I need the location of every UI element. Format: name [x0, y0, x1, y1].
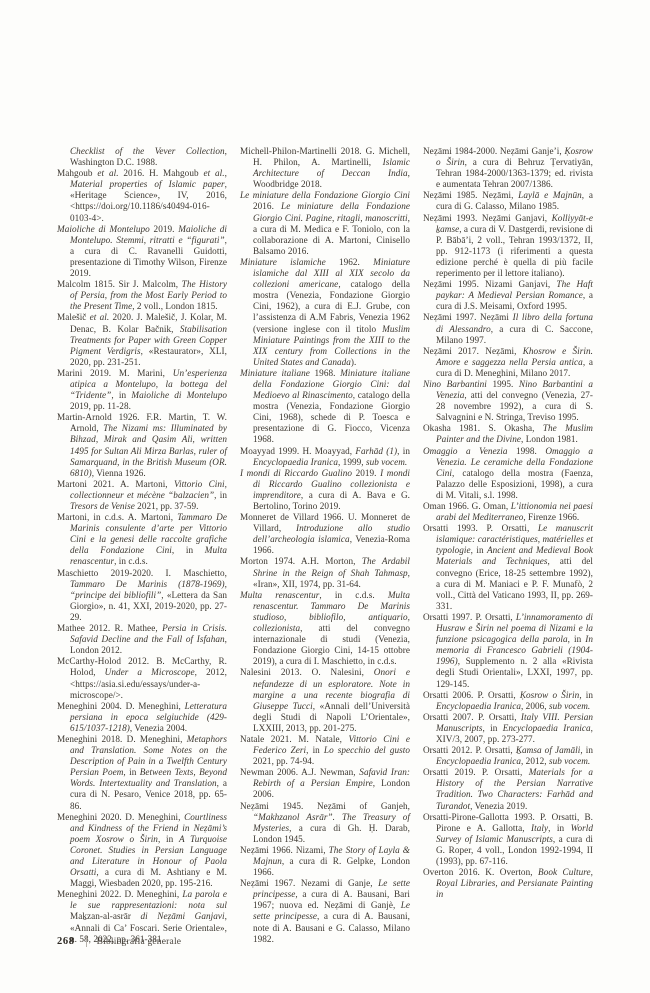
bibliography-entry: Maioliche di Montelupo 2019. Maioliche d…	[57, 224, 227, 279]
bibliography-entry: Okasha 1981. S. Okasha, The Muslim Paint…	[423, 423, 593, 445]
bibliography-entry: Orsatti 2019. P. Orsatti, Materials for …	[423, 767, 593, 811]
bibliography-entry: Orsatti-Pirone-Gallotta 1993. P. Orsatti…	[423, 812, 593, 867]
bibliography-entry: Neẓāmi 1985. Neẓāmi, Laylā e Majnūn, a c…	[423, 190, 593, 212]
bibliography-entry: Newman 2006. A.J. Newman, Safavid Iran: …	[240, 767, 410, 800]
bibliography-entry: Malešič et al. 2020. J. Malešič, J. Kola…	[57, 312, 227, 367]
bibliography-entry: Neẓāmi 1967. Nezami di Ganje, Le sette p…	[240, 878, 410, 945]
bibliography-entry: Le miniature della Fondazione Giorgio Ci…	[240, 190, 410, 257]
bibliography-entry: Checklist of the Vever Collection, Washi…	[57, 146, 227, 168]
bibliography-entry: Neẓāmi 1984-2000. Neẓāmi Ganje’i, Ḳosrow…	[423, 146, 593, 190]
bibliography-entry: Orsatti 2006. P. Orsatti, Ḳosrow o Širin…	[423, 690, 593, 712]
bibliography-entry: Orsatti 1993. P. Orsatti, Le manuscrit i…	[423, 523, 593, 612]
bibliography-entry: Oman 1966. G. Oman, L’ittionomia nei pae…	[423, 501, 593, 523]
bibliography-entry: Neẓāmi 1997. Neẓāmi Il libro della fortu…	[423, 312, 593, 345]
bibliography-entry: Natale 2021. M. Natale, Vittorio Cini e …	[240, 734, 410, 767]
bibliography-column-2: Michell-Philon-Martinelli 2018. G. Miche…	[240, 146, 410, 945]
bibliography-entry: Moayyad 1999. H. Moayyad, Farhād (1), in…	[240, 446, 410, 468]
bibliography-entry: Nalesini 2013. O. Nalesini, Onori e nefa…	[240, 667, 410, 734]
bibliography-entry: Maschietto 2019-2020. I. Maschietto, Tam…	[57, 568, 227, 623]
bibliography-entry: Malcolm 1815. Sir J. Malcolm, The Histor…	[57, 279, 227, 312]
bibliography-entry: Miniature islamiche 1962. Miniature isla…	[240, 257, 410, 368]
bibliography-entry: Orsatti 2012. P. Orsatti, Ḵamsa of Jamāl…	[423, 745, 593, 767]
bibliography-entry: Mahgoub et al. 2016. H. Mahgoub et al., …	[57, 168, 227, 223]
bibliography-entry: Neẓāmi 1945. Neẓāmi of Ganjeh, “Makhzano…	[240, 801, 410, 845]
bibliography-entry: Meneghini 2020. D. Meneghini, Courtlines…	[57, 812, 227, 890]
bibliography-entry: Mathee 2012. R. Mathee, Persia in Crisis…	[57, 623, 227, 656]
bibliography-entry: Meneghini 2004. D. Meneghini, Letteratur…	[57, 701, 227, 734]
bibliography-entry: Orsatti 1997. P. Orsatti, L’innamorament…	[423, 612, 593, 690]
bibliography-entry: Michell-Philon-Martinelli 2018. G. Miche…	[240, 146, 410, 190]
bibliography-entry: Monneret de Villard 1966. U. Monneret de…	[240, 512, 410, 556]
running-footer-title: Bibliografia generale	[97, 937, 182, 947]
bibliography-entry: Meneghini 2018. D. Meneghini, Metaphors …	[57, 734, 227, 812]
bibliography-entry: Orsatti 2007. P. Orsatti, Italy VIII. Pe…	[423, 712, 593, 745]
bibliography-entry: McCarthy-Holod 2012. B. McCarthy, R. Hol…	[57, 656, 227, 700]
bibliography-entry: Neẓāmi 1993. Neẓāmi Ganjavi, Kolliyyāt-e…	[423, 213, 593, 280]
bibliography-entry: Neẓāmi 1995. Nizami Ganjavi, The Haft pa…	[423, 279, 593, 312]
bibliography-entry: Miniature italiane 1968. Miniature itali…	[240, 368, 410, 446]
bibliography-entry: Martoni 2021. A. Martoni, Vittorio Cini,…	[57, 479, 227, 512]
bibliography-entry: Omaggio a Venezia 1998. Omaggio a Venezi…	[423, 446, 593, 501]
bibliography-entry: I mondi di Riccardo Gualino 2019. I mond…	[240, 468, 410, 512]
bibliography-text-block: Checklist of the Vever Collection, Washi…	[57, 146, 593, 945]
bibliography-entry: Neẓāmi 2017. Neẓāmi, Khosrow e Širin. Am…	[423, 346, 593, 379]
bibliography-column-1: Checklist of the Vever Collection, Washi…	[57, 146, 227, 945]
bibliography-entry: Overton 2016. K. Overton, Book Culture, …	[423, 867, 593, 900]
bibliography-entry: Nino Barbantini 1995. Nino Barbantini a …	[423, 379, 593, 423]
page-number: 268	[57, 936, 75, 947]
bibliography-entry: Martoni, in c.d.s. A. Martoni, Tammaro D…	[57, 512, 227, 567]
page-footer: 268 Bibliografia generale	[57, 936, 181, 947]
book-page: Checklist of the Vever Collection, Washi…	[0, 0, 650, 993]
bibliography-entry: Marini 2019. M. Marini, Un’esperienza at…	[57, 368, 227, 412]
bibliography-entry: Multa renascentur, in c.d.s. Multa renas…	[240, 590, 410, 668]
bibliography-entry: Martin-Arnold 1926. F.R. Martin, T. W. A…	[57, 412, 227, 479]
footer-divider	[86, 936, 87, 947]
bibliography-column-3: Neẓāmi 1984-2000. Neẓāmi Ganje’i, Ḳosrow…	[423, 146, 593, 900]
bibliography-entry: Neẓāmi 1966. Nizami, The Story of Layla …	[240, 845, 410, 878]
bibliography-entry: Morton 1974. A.H. Morton, The Ardabil Sh…	[240, 556, 410, 589]
